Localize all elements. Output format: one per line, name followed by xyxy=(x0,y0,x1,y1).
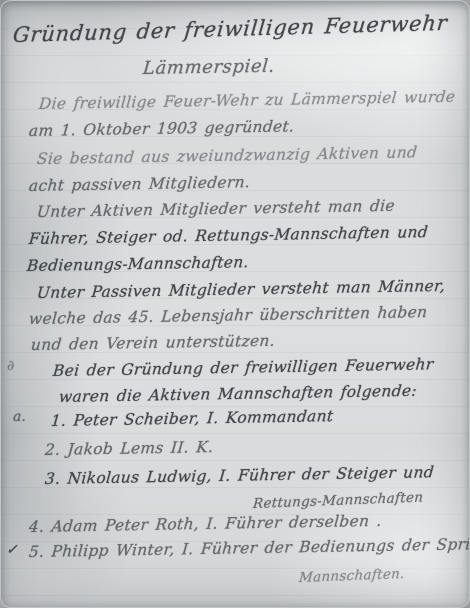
page-title-line1: Gründung der freiwilligen Feuerwehr xyxy=(12,11,449,47)
handwritten-line: 3. Nikolaus Ludwig, I. Führer der Steige… xyxy=(44,463,435,488)
handwritten-line: acht passiven Mitgliedern. xyxy=(28,173,251,195)
handwritten-line: 1. Peter Scheiber, I. Kommandant xyxy=(50,407,334,430)
handwritten-line: Die freiwillige Feuer-Wehr zu Lämmerspie… xyxy=(38,88,456,113)
handwritten-line: Unter Passiven Mitglieder versteht man M… xyxy=(36,277,446,302)
handwritten-line: am 1. Oktober 1903 gegründet. xyxy=(28,117,295,140)
handwritten-line: Sie bestand aus zweiundzwanzig Aktiven u… xyxy=(36,143,418,168)
handwritten-line: Bedienungs-Mannschaften. xyxy=(26,253,249,275)
handwriting-layer: Gründung der freiwilligen Feuerwehr Lämm… xyxy=(1,1,469,607)
handwritten-line: 2. Jakob Lems II. K. xyxy=(44,438,214,459)
handwritten-line: 5. Philipp Winter, I. Führer der Bedienu… xyxy=(28,535,470,561)
handwritten-line: 4. Adam Peter Roth, I. Führer derselben … xyxy=(28,512,382,536)
scanned-page-photo: Gründung der freiwilligen Feuerwehr Lämm… xyxy=(0,0,470,608)
handwritten-line: Bei der Gründung der freiwilligen Feuerw… xyxy=(52,355,434,380)
margin-check-mark: ✓ xyxy=(6,542,18,558)
margin-item-letter: a. xyxy=(13,409,26,425)
handwritten-line: und den Verein unterstützen. xyxy=(30,332,276,354)
handwritten-line: Führer, Steiger od. Rettungs-Mannschafte… xyxy=(28,223,429,248)
margin-flourish-mark: ∂ xyxy=(7,358,14,374)
handwritten-line: Rettungs-Mannschaften xyxy=(252,489,423,512)
page-title-line2: Lämmerspiel. xyxy=(142,56,276,79)
handwritten-line: Mannschaften. xyxy=(298,566,405,586)
handwritten-line: welche das 45. Lebensjahr überschritten … xyxy=(28,303,428,328)
handwritten-line: Unter Aktiven Mitglieder versteht man di… xyxy=(36,197,395,221)
handwritten-line: waren die Aktiven Mannschaften folgende: xyxy=(58,382,418,406)
